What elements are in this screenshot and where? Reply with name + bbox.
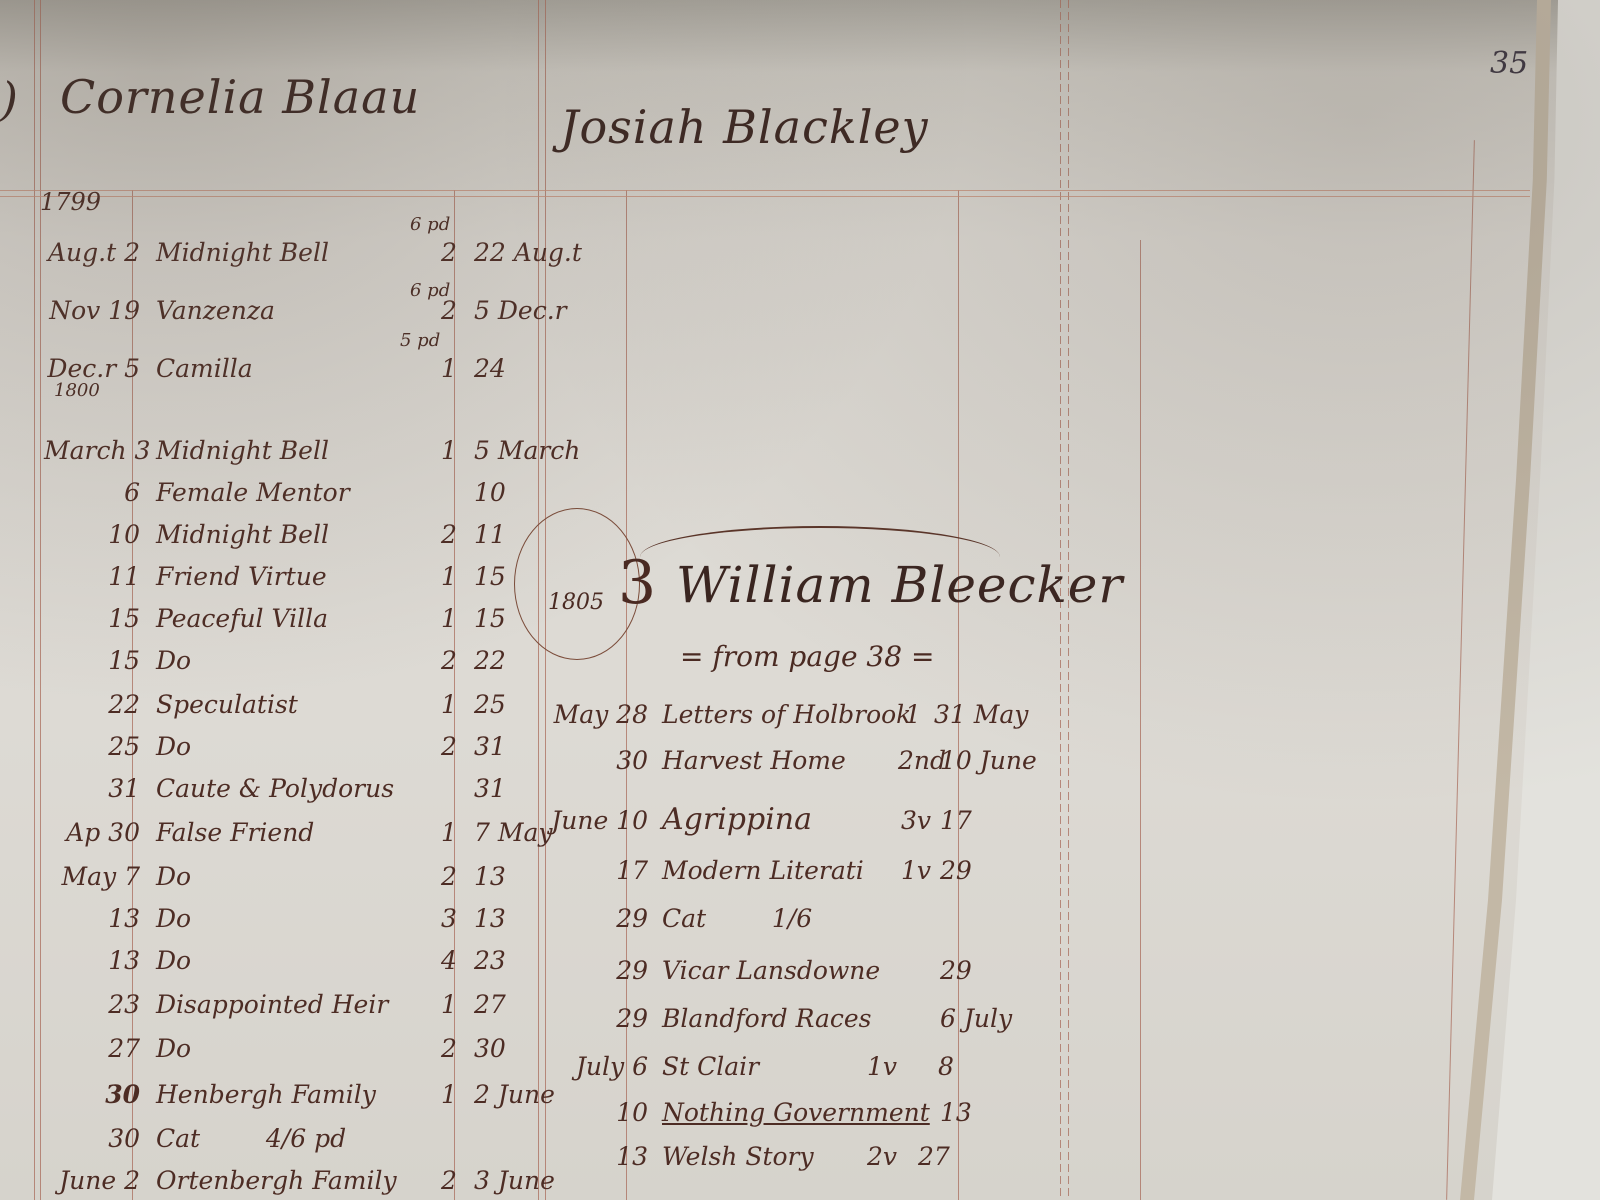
- entry-title: Do: [140, 904, 434, 933]
- ledger-entry: 17 Modern Literati 1v 29: [548, 856, 972, 885]
- entry-date: Aug.t 2: [44, 238, 140, 267]
- entry-title: Friend Virtue: [140, 562, 434, 591]
- column-rule: [1140, 240, 1141, 1200]
- partial-left-mark: ): [0, 72, 19, 126]
- entry-returned: 11: [474, 520, 506, 549]
- entry-date: 30: [548, 746, 648, 775]
- entry-returned: 22 Aug.t: [474, 238, 582, 267]
- ledger-entry: March 3 Midnight Bell 1 5 March: [44, 436, 580, 465]
- entry-returned: 7 May: [474, 818, 552, 847]
- entry-title: Blandford Races: [648, 1004, 928, 1033]
- entry-note: 6 pd: [410, 214, 450, 235]
- entry-volume: 1: [434, 1080, 464, 1109]
- entry-title: Henbergh Family: [140, 1080, 434, 1109]
- entry-returned: 3 June: [474, 1166, 555, 1195]
- entry-date: May 28: [548, 700, 648, 729]
- ledger-entry: 23 Disappointed Heir 1 27: [44, 990, 506, 1019]
- entry-volume: 1: [434, 562, 464, 591]
- entry-returned: 24: [474, 354, 506, 383]
- entry-volume: 2: [434, 862, 464, 891]
- entry-date: 13: [548, 1142, 648, 1171]
- ledger-entry: May 7 Do 2 13: [44, 862, 506, 891]
- ledger-entry: 13 Do 4 23: [44, 946, 506, 975]
- entry-volume: 2: [434, 1166, 464, 1195]
- entry-returned: 13: [474, 904, 506, 933]
- entry-volume: 2: [434, 238, 464, 267]
- entry-volume: 1v: [898, 856, 934, 885]
- entry-returned: 30: [474, 1034, 506, 1063]
- entry-date: 29: [548, 1004, 648, 1033]
- ledger-entry: 30 Cat 4/6 pd: [44, 1124, 356, 1153]
- ledger-entry: May 28 Letters of Holbrook 1 31 May: [548, 700, 1028, 729]
- entry-date: 17: [548, 856, 648, 885]
- entry-date: March 3: [44, 436, 140, 465]
- entry-date: 29: [548, 956, 648, 985]
- entry-returned: 10: [474, 478, 506, 507]
- page-number: 35: [1490, 46, 1528, 81]
- entry-returned: 29: [940, 956, 972, 985]
- ledger-entry: 13 Welsh Story 2v 27: [548, 1142, 950, 1171]
- entry-date: 11: [44, 562, 140, 591]
- account-holder-name-3: William Bleecker: [676, 556, 1123, 614]
- entry-volume: 1: [434, 690, 464, 719]
- ledger-entry: 15 Peaceful Villa 1 15: [44, 604, 506, 633]
- ledger-entry: June 10 Agrippina 3v 17: [548, 802, 972, 837]
- ledger-entry: 22 Speculatist 1 25: [44, 690, 506, 719]
- ledger-entry: Dec.r 5 Camilla 1 24: [44, 354, 506, 383]
- entry-date: Nov 19: [44, 296, 140, 325]
- ledger-entry: 31 Caute & Polydorus 31: [44, 774, 506, 803]
- entry-date: 23: [44, 990, 140, 1019]
- entry-volume: 1: [434, 990, 464, 1019]
- entry-returned: 10 June: [940, 746, 1037, 775]
- margin-rule: [34, 0, 35, 1200]
- entry-title: Speculatist: [140, 690, 434, 719]
- ledger-entry: 29 Vicar Lansdowne 29: [548, 956, 972, 985]
- entry-title: Do: [140, 646, 434, 675]
- ledger-page: 35 ) Cornelia Blaau Josiah Blackley 1799…: [0, 0, 1600, 1200]
- header-rule: [0, 190, 1530, 191]
- entry-title: Cat: [648, 904, 762, 933]
- date-column-rule: [626, 190, 627, 1200]
- entry-volume: 1: [434, 818, 464, 847]
- entry-date: 31: [44, 774, 140, 803]
- entry-returned: 15: [474, 604, 506, 633]
- entry-title: Midnight Bell: [140, 436, 434, 465]
- entry-returned: 27: [474, 990, 506, 1019]
- ledger-entry: 10 Nothing Government 13: [548, 1098, 972, 1127]
- entry-date: 13: [44, 904, 140, 933]
- account-year: 1805: [548, 590, 604, 615]
- entry-returned: 6 July: [940, 1004, 1012, 1033]
- column-rule: [1446, 140, 1475, 1200]
- entry-title: Camilla: [140, 354, 434, 383]
- entry-returned: 31: [474, 732, 506, 761]
- entry-volume: 2: [434, 646, 464, 675]
- ledger-entry: 30 Henbergh Family 1 2 June: [44, 1080, 555, 1109]
- entry-note: 4/6 pd: [256, 1124, 356, 1153]
- entry-date: 25: [44, 732, 140, 761]
- return-column-rule: [958, 190, 959, 1200]
- ledger-entry: July 6 St Clair 1v 8: [548, 1052, 954, 1081]
- ledger-entry: June 2 Ortenbergh Family 2 3 June: [44, 1166, 555, 1195]
- year-label: 1800: [54, 380, 100, 401]
- entry-returned: 2 June: [474, 1080, 555, 1109]
- entry-title: Cat: [140, 1124, 256, 1153]
- entry-title: Ortenbergh Family: [140, 1166, 434, 1195]
- entry-title: Midnight Bell: [140, 238, 434, 267]
- entry-returned: 22: [474, 646, 506, 675]
- entry-volume: 2nd: [898, 746, 934, 775]
- entry-volume: 2: [434, 732, 464, 761]
- entry-returned: 5 March: [474, 436, 580, 465]
- entry-date: 6: [44, 478, 140, 507]
- entry-date: 22: [44, 690, 140, 719]
- entry-date: May 7: [44, 862, 140, 891]
- ledger-entry: 13 Do 3 13: [44, 904, 506, 933]
- ledger-entry: 29 Blandford Races 6 July: [548, 1004, 1012, 1033]
- entry-volume: 4: [434, 946, 464, 975]
- entry-title: Vanzenza: [140, 296, 434, 325]
- entry-date: June 10: [548, 806, 648, 835]
- year-label: 1799: [40, 188, 101, 216]
- entry-title: Midnight Bell: [140, 520, 434, 549]
- ledger-entry: 29 Cat 1/6: [548, 904, 822, 933]
- entry-title: Modern Literati: [648, 856, 898, 885]
- entry-returned: 27: [918, 1142, 950, 1171]
- entry-date: 15: [44, 646, 140, 675]
- entry-returned: 31: [474, 774, 506, 803]
- entry-title: Peaceful Villa: [140, 604, 434, 633]
- entry-date: 10: [548, 1098, 648, 1127]
- ledger-entry: Aug.t 2 Midnight Bell 2 22 Aug.t: [44, 238, 582, 267]
- entry-volume: 1: [434, 436, 464, 465]
- entry-title: Female Mentor: [140, 478, 434, 507]
- entry-date: July 6: [548, 1052, 648, 1081]
- entry-volume: 2: [434, 1034, 464, 1063]
- entry-returned: 13: [940, 1098, 972, 1127]
- ledger-entry: Nov 19 Vanzenza 2 5 Dec.r: [44, 296, 567, 325]
- carried-from-note: = from page 38 =: [680, 640, 934, 673]
- entry-title: Disappointed Heir: [140, 990, 434, 1019]
- entry-returned: 17: [940, 806, 972, 835]
- ledger-entry: 11 Friend Virtue 1 15: [44, 562, 506, 591]
- entry-title: Harvest Home: [648, 746, 898, 775]
- entry-volume: 3: [434, 904, 464, 933]
- entry-volume: 1/6: [762, 904, 822, 933]
- entry-date: 13: [44, 946, 140, 975]
- account-number: 3: [618, 548, 656, 618]
- entry-title: Do: [140, 946, 434, 975]
- entry-returned: 5 Dec.r: [474, 296, 567, 325]
- entry-returned: 23: [474, 946, 506, 975]
- entry-volume: 1: [434, 354, 464, 383]
- entry-returned: 13: [474, 862, 506, 891]
- entry-title: Do: [140, 1034, 434, 1063]
- entry-date: Ap 30: [44, 818, 140, 847]
- ledger-entry: 10 Midnight Bell 2 11: [44, 520, 506, 549]
- entry-title: St Clair: [648, 1052, 842, 1081]
- entry-date: 10: [44, 520, 140, 549]
- ledger-entry: 27 Do 2 30: [44, 1034, 506, 1063]
- entry-volume: 2v: [852, 1142, 912, 1171]
- entry-volume: 1: [434, 604, 464, 633]
- entry-title: Vicar Lansdowne: [648, 956, 928, 985]
- entry-title: Do: [140, 862, 434, 891]
- entry-volume: 2: [434, 520, 464, 549]
- entry-title: Letters of Holbrook: [648, 700, 898, 729]
- entry-title: Caute & Polydorus: [140, 774, 434, 803]
- entry-title: Do: [140, 732, 434, 761]
- entry-note: 5 pd: [400, 330, 440, 351]
- entry-date: 29: [548, 904, 648, 933]
- entry-date: 30: [44, 1124, 140, 1153]
- entry-title: Welsh Story: [648, 1142, 852, 1171]
- entry-date: 27: [44, 1034, 140, 1063]
- margin-rule: [40, 0, 41, 1200]
- entry-volume: 3v: [898, 806, 934, 835]
- ledger-entry: 30 Harvest Home 2nd 10 June: [548, 746, 1037, 775]
- ledger-entry: 25 Do 2 31: [44, 732, 506, 761]
- entry-returned: 8: [938, 1052, 954, 1081]
- entry-volume: 1v: [842, 1052, 922, 1081]
- ledger-entry: 15 Do 2 22: [44, 646, 506, 675]
- account-holder-name-2: Josiah Blackley: [560, 100, 929, 154]
- entry-returned: 15: [474, 562, 506, 591]
- entry-note: 6 pd: [410, 280, 450, 301]
- entry-title: Agrippina: [648, 802, 898, 837]
- ledger-entry: 6 Female Mentor 10: [44, 478, 506, 507]
- entry-date: 30: [44, 1080, 140, 1109]
- entry-returned: 29: [940, 856, 972, 885]
- entry-returned: 31 May: [934, 700, 1028, 729]
- entry-date: Dec.r 5: [44, 354, 140, 383]
- entry-date: 15: [44, 604, 140, 633]
- account-holder-name-1: Cornelia Blaau: [60, 70, 420, 124]
- entry-title: Nothing Government: [648, 1098, 928, 1127]
- entry-volume: 1: [898, 700, 928, 729]
- entry-title: False Friend: [140, 818, 434, 847]
- ledger-entry: Ap 30 False Friend 1 7 May: [44, 818, 552, 847]
- entry-returned: 25: [474, 690, 506, 719]
- entry-date: June 2: [44, 1166, 140, 1195]
- header-rule: [0, 196, 1530, 197]
